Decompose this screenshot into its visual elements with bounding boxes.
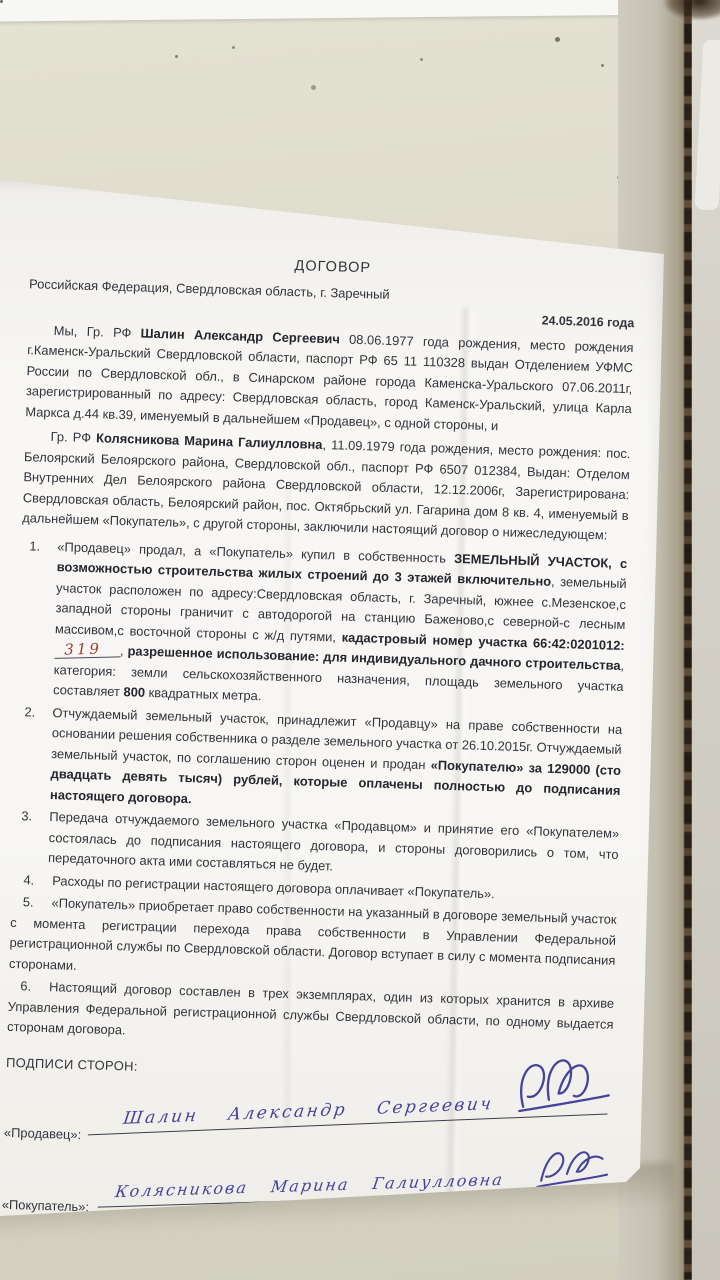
clause-number: 3. <box>21 806 32 827</box>
seller-label: «Продавец»: <box>4 1122 82 1145</box>
clause-number: 4. <box>23 872 34 887</box>
clause-2: 2.Отчуждаемый земельный участок, принадл… <box>14 702 623 822</box>
buyer-signature-flourish-icon <box>534 1139 610 1191</box>
background-top-strip <box>0 0 680 22</box>
preamble-seller: Мы, Гр. РФ Шалин Александр Сергеевич 08.… <box>25 320 634 440</box>
clause-number: 1. <box>29 536 40 557</box>
clause-list: 1.«Продавец» продал, а «Покупатель» купи… <box>7 536 628 1056</box>
photo-canvas: ДОГОВОР Российская Федерация, Свердловск… <box>0 0 720 1280</box>
clause-body: Отчуждаемый земельный участок, принадлеж… <box>50 705 623 806</box>
clause-number: 2. <box>24 702 35 723</box>
document-paper: ДОГОВОР Российская Федерация, Свердловск… <box>0 168 676 1240</box>
clause-5: 5.«Покупатель» приобретает право собстве… <box>9 892 617 992</box>
clause-number: 6. <box>20 978 31 993</box>
preamble-buyer: Гр. РФ Колясникова Марина Галиулловна, 1… <box>22 426 631 546</box>
seller-signature-flourish-icon <box>513 1053 611 1115</box>
wall-specks <box>0 0 3 3</box>
document-text: ДОГОВОР Российская Федерация, Свердловск… <box>1 248 635 1235</box>
clause-number: 5. <box>23 894 34 909</box>
clause-body: «Продавец» продал, а «Покупатель» купил … <box>53 539 627 704</box>
door-edge-seam <box>684 0 692 1280</box>
seller-handwriting: Шалин Александр Сергеевич <box>122 1093 495 1128</box>
clause-body: «Покупатель» приобретает право собственн… <box>9 895 617 972</box>
clause-1: 1.«Продавец» продал, а «Покупатель» купи… <box>17 536 628 718</box>
